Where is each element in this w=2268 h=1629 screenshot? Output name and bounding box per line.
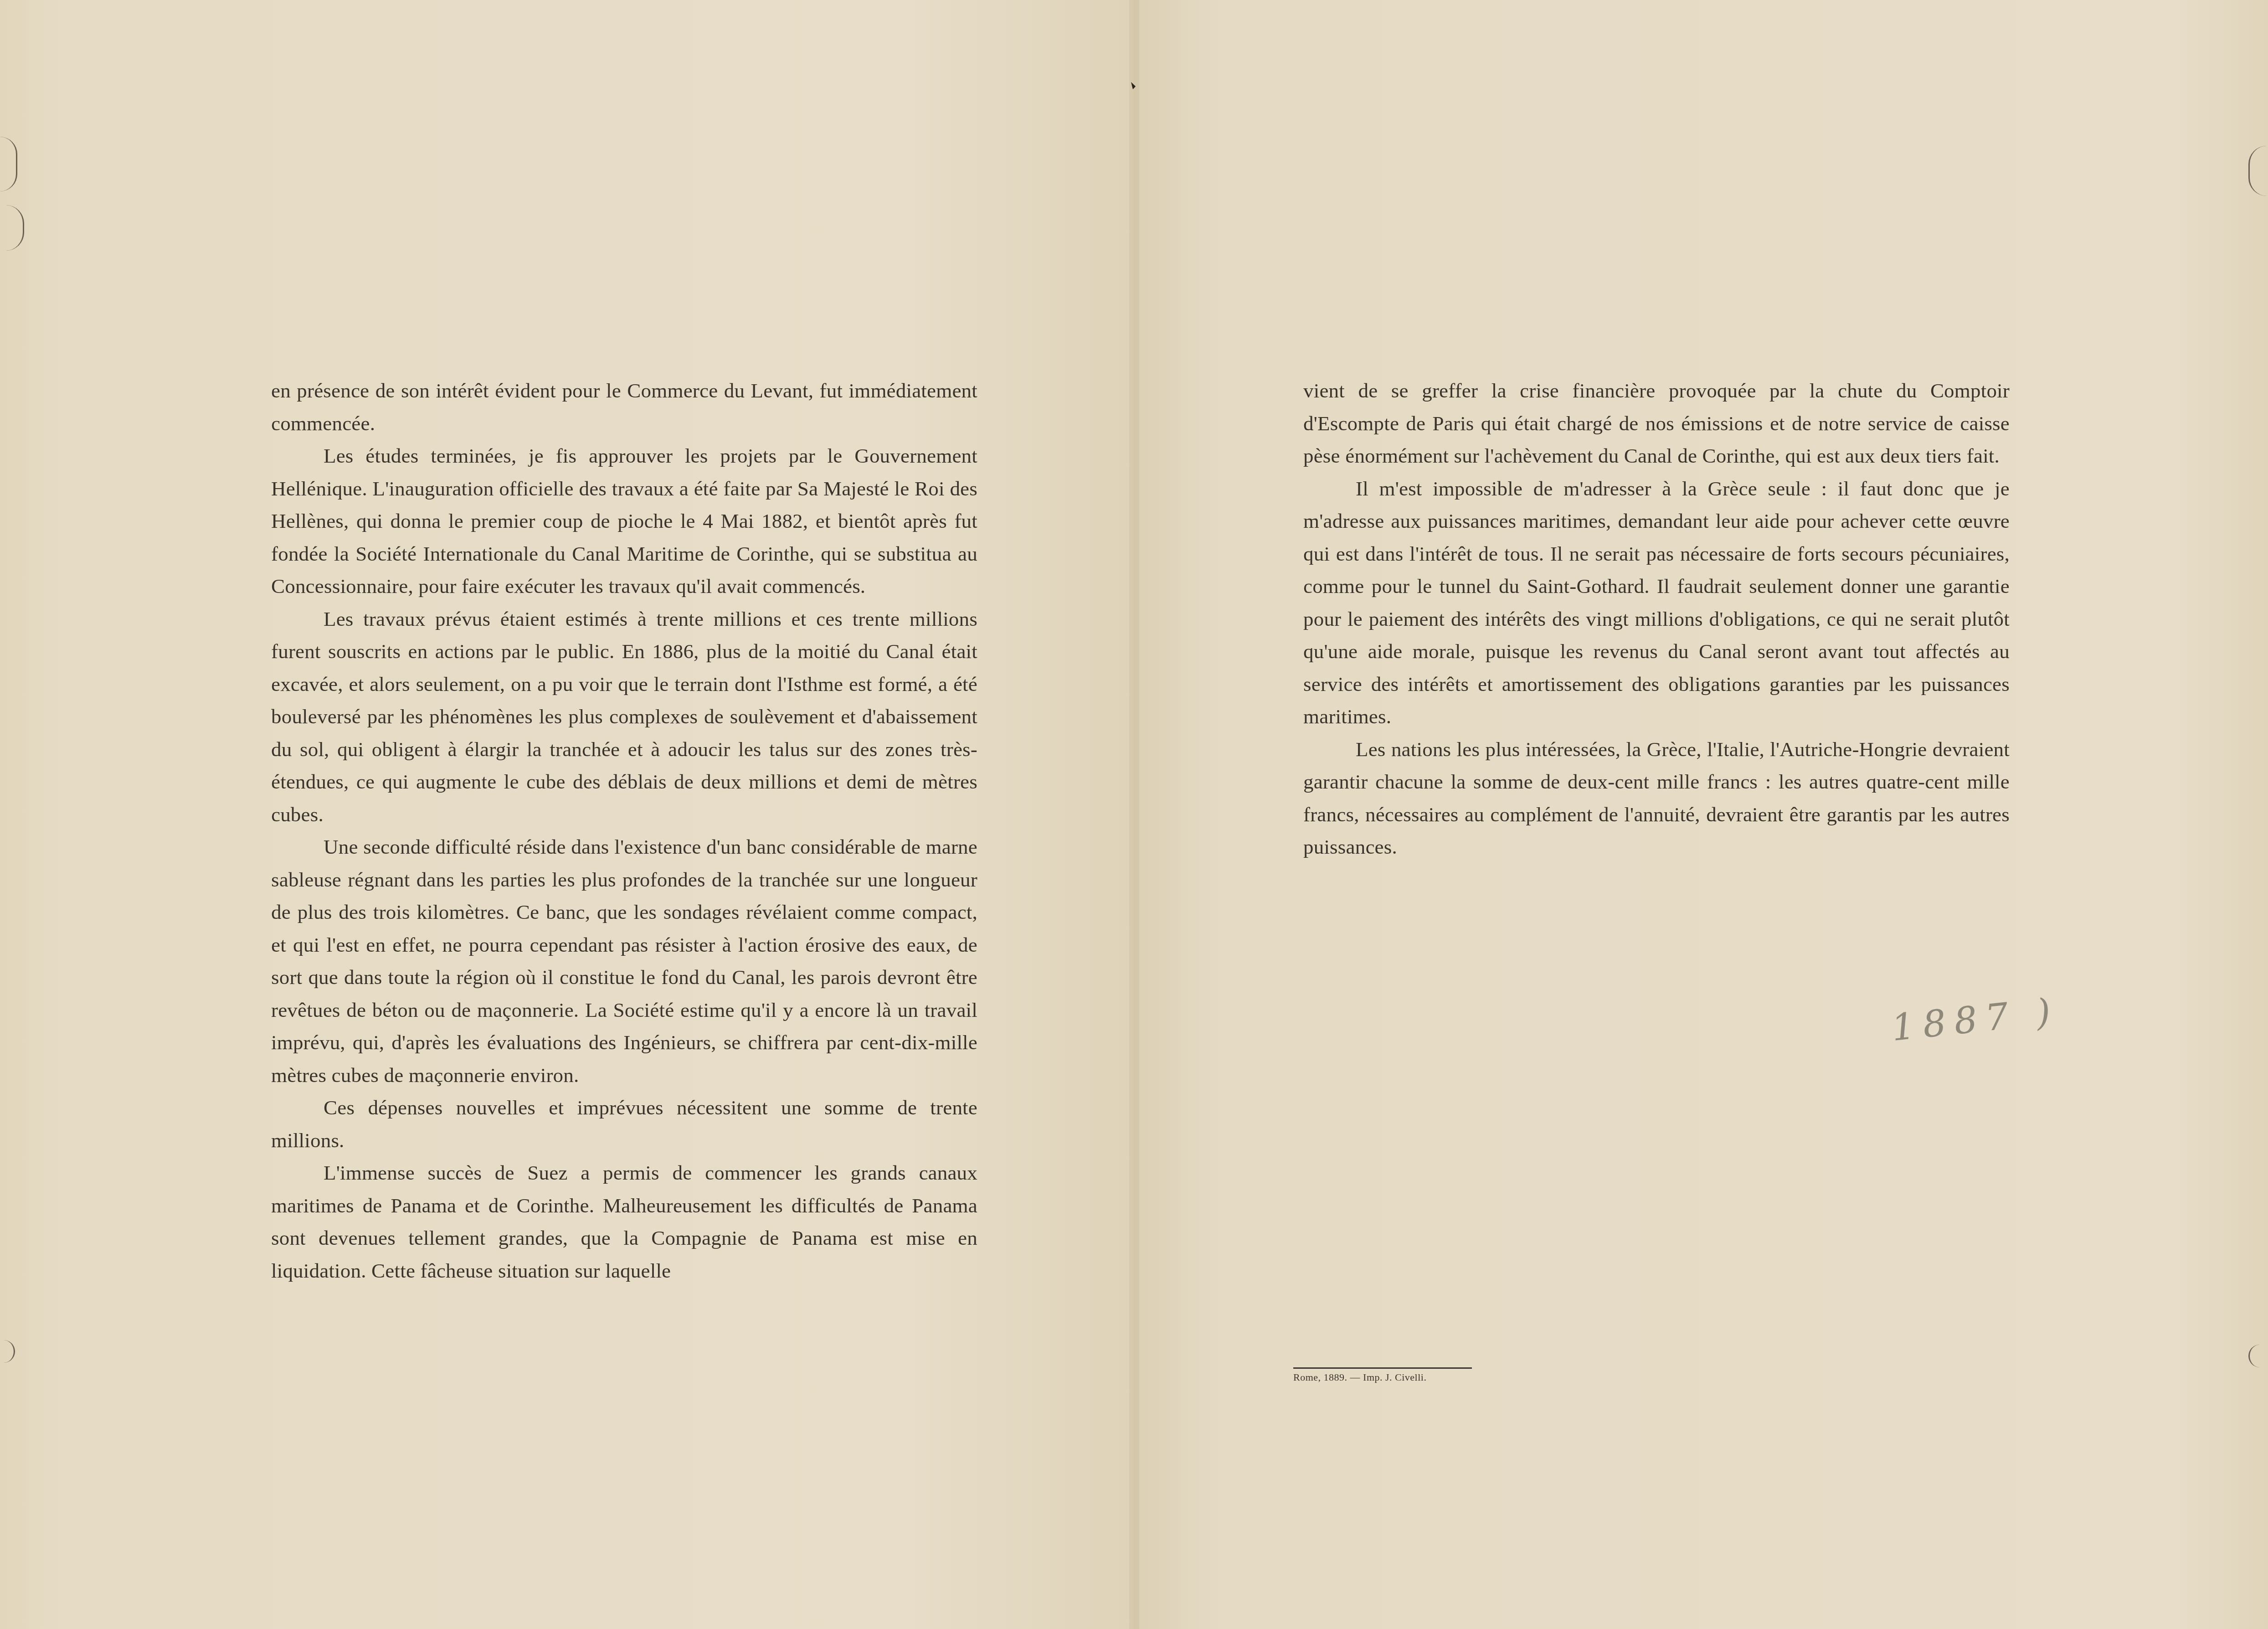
paragraph: Les études terminées, je fis approuver l… (271, 440, 977, 603)
book-gutter (1129, 0, 1139, 1629)
paragraph: Les nations les plus intéressées, la Grè… (1303, 733, 2010, 864)
paragraph: vient de se greffer la crise financière … (1303, 375, 2010, 473)
left-page-text: en présence de son intérêt évident pour … (271, 375, 977, 1287)
paragraph: L'immense succès de Suez a permis de com… (271, 1157, 977, 1287)
paper-tear-mark (0, 1340, 15, 1363)
paper-tear-mark (0, 205, 24, 251)
printer-imprint: Rome, 1889. — Imp. J. Civelli. (1293, 1367, 1472, 1383)
paragraph: Ces dépenses nouvelles et imprévues néce… (271, 1092, 977, 1157)
left-page: en présence de son intérêt évident pour … (0, 0, 1134, 1629)
paper-tear-mark (2248, 1345, 2268, 1367)
right-page-text: vient de se greffer la crise financière … (1303, 375, 2010, 864)
paragraph: en présence de son intérêt évident pour … (271, 375, 977, 440)
paragraph: Une seconde difficulté réside dans l'exi… (271, 831, 977, 1092)
paragraph: Il m'est impossible de m'adresser à la G… (1303, 473, 2010, 733)
paper-tear-mark (2248, 146, 2268, 196)
paper-tear-mark (0, 137, 17, 191)
paragraph: Les travaux prévus étaient estimés à tre… (271, 603, 977, 831)
